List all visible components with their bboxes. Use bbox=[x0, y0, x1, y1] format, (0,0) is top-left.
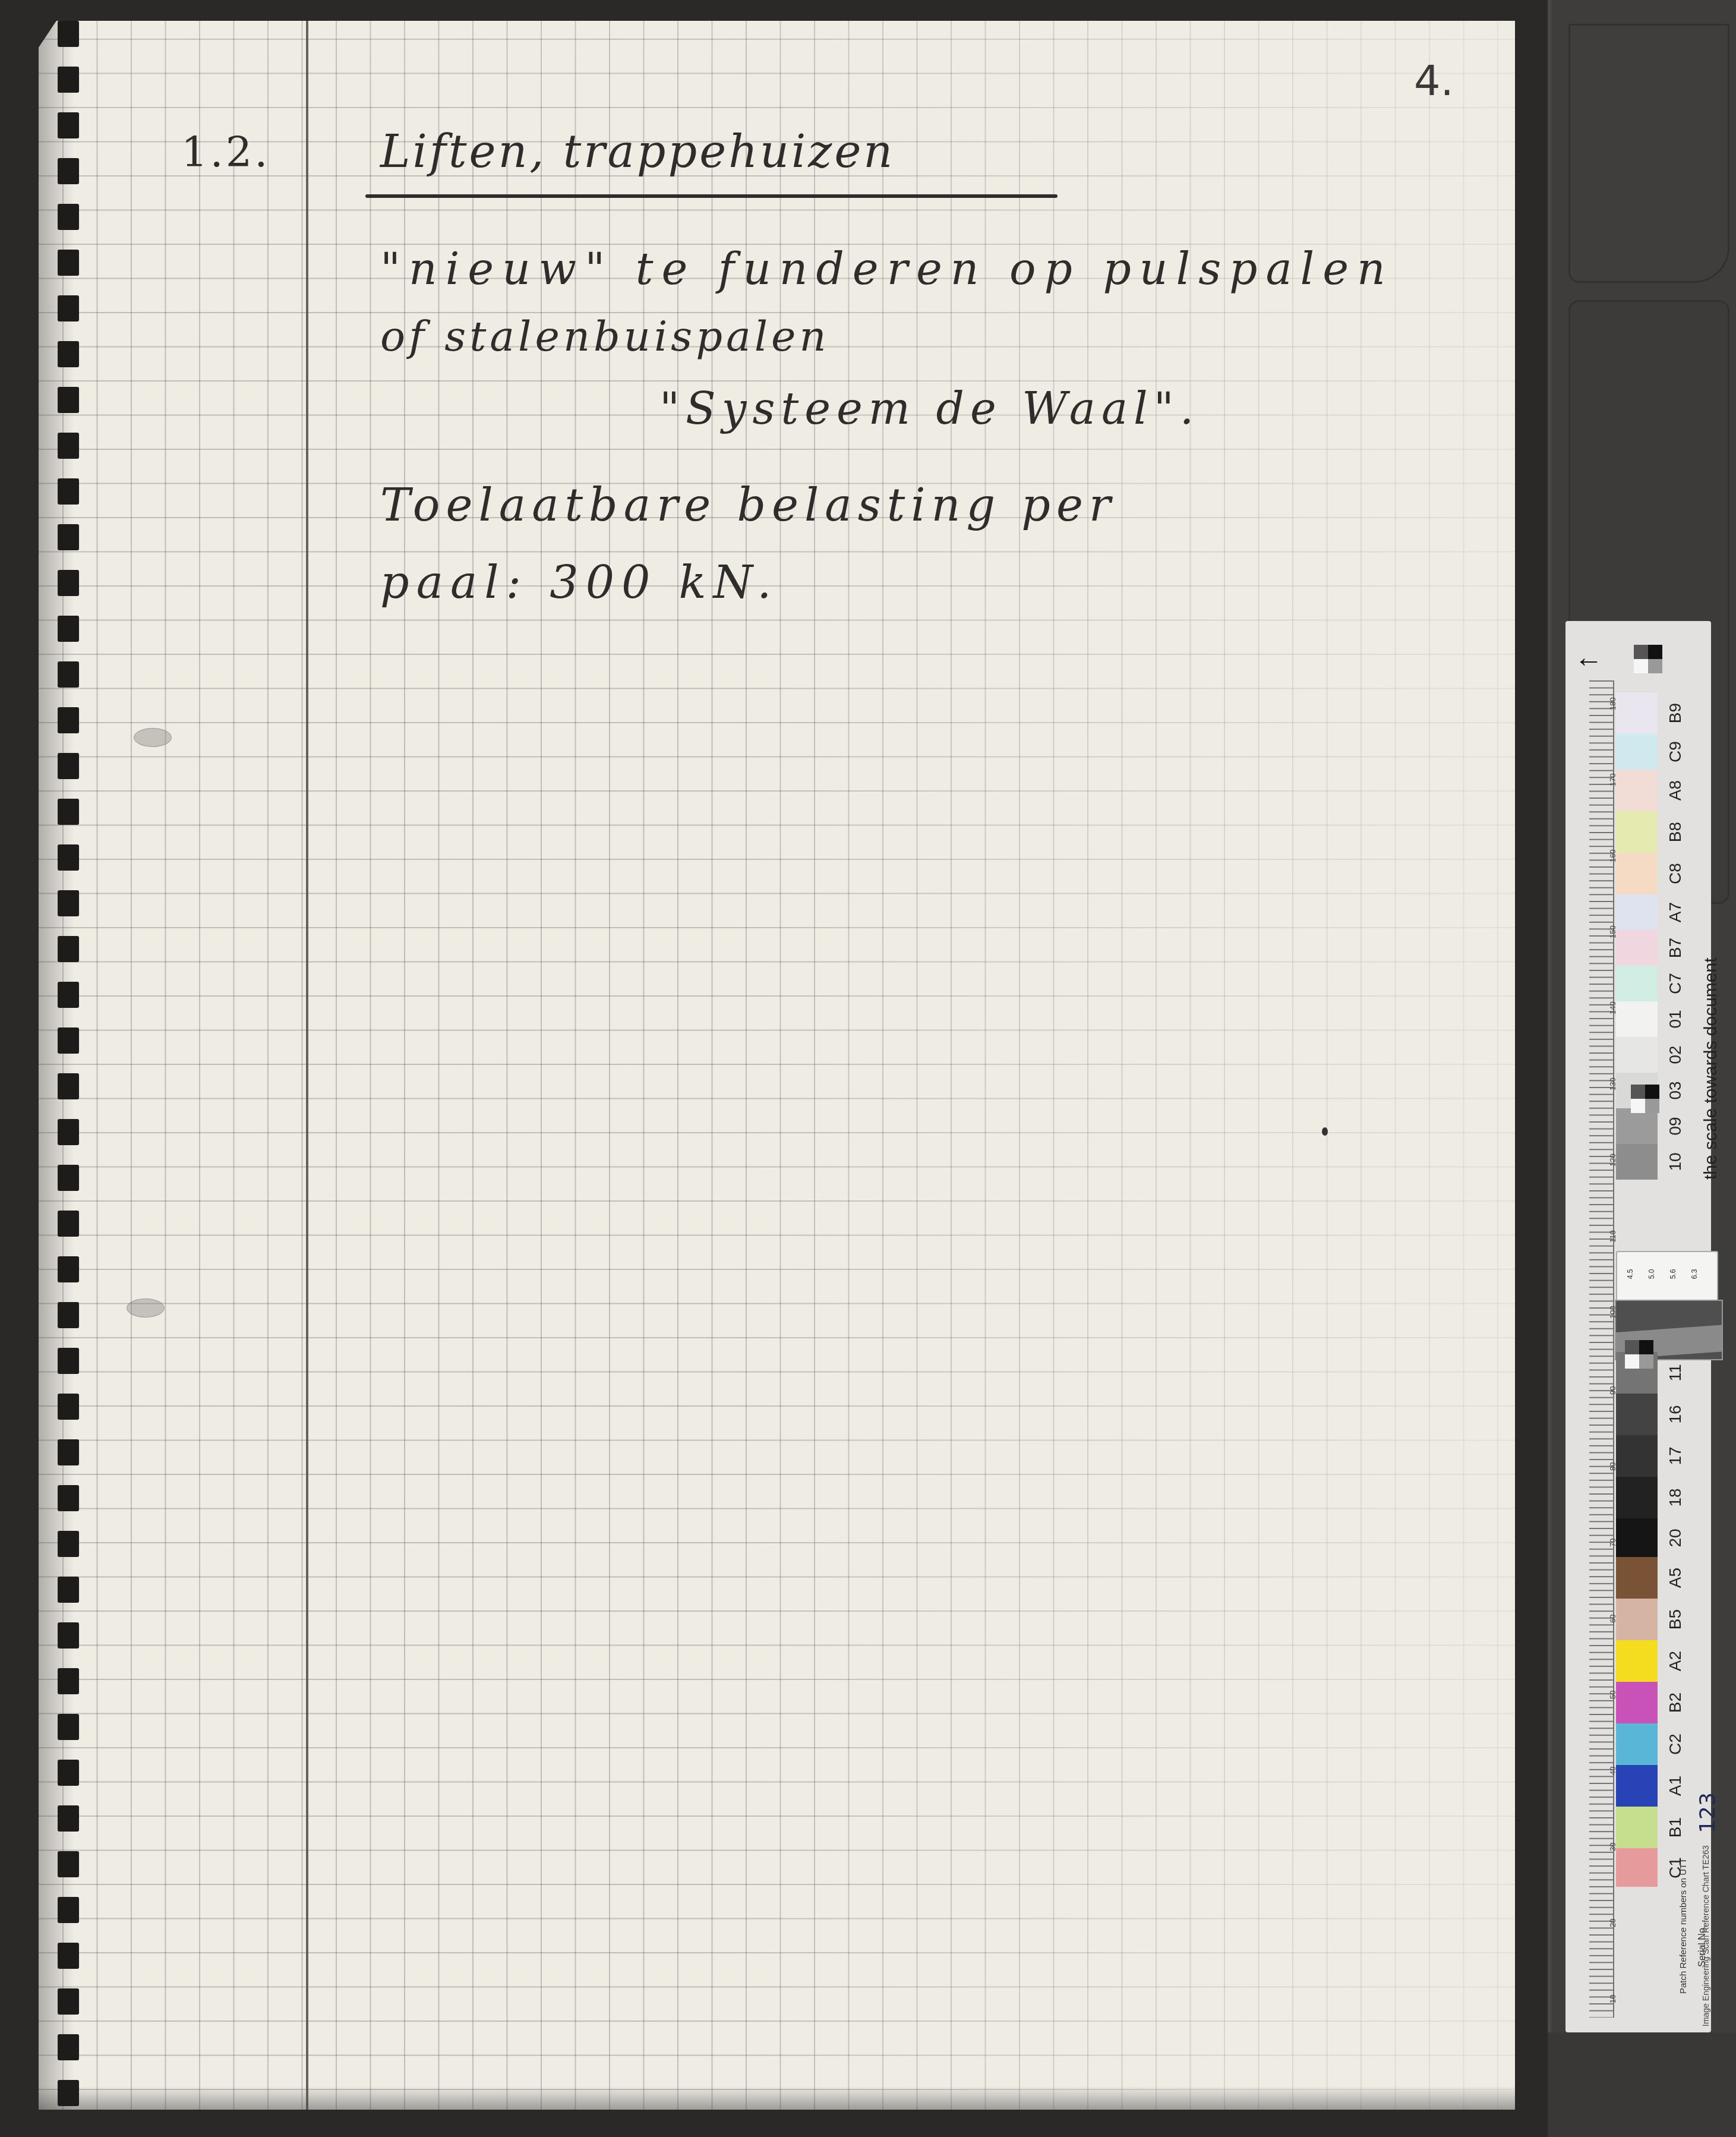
ruler-label: 70 bbox=[1608, 1539, 1617, 1547]
color-patch-c7 bbox=[1616, 966, 1658, 1001]
binding-hole bbox=[58, 1760, 79, 1786]
ruler-label: 10 bbox=[1608, 1995, 1617, 2003]
patch-label: 10 bbox=[1666, 1144, 1685, 1180]
patch-label: C8 bbox=[1666, 856, 1685, 891]
ruler-label: 140 bbox=[1608, 1001, 1617, 1014]
patch-label: 17 bbox=[1666, 1438, 1685, 1474]
binding-hole bbox=[58, 250, 79, 276]
color-patch-c2 bbox=[1616, 1723, 1658, 1765]
ruler-label: 60 bbox=[1608, 1615, 1617, 1623]
color-patch-10 bbox=[1616, 1144, 1658, 1180]
binding-hole bbox=[58, 204, 79, 230]
paper-fade bbox=[752, 21, 1515, 2110]
binding-hole bbox=[58, 295, 79, 322]
ruler-label: 30 bbox=[1608, 1843, 1617, 1851]
binding-hole bbox=[58, 1668, 79, 1694]
patch-label: A8 bbox=[1666, 773, 1685, 808]
color-patch-a1 bbox=[1616, 1765, 1658, 1807]
patch-label: 02 bbox=[1666, 1037, 1685, 1073]
ruler-label: 160 bbox=[1608, 849, 1617, 862]
mm-ruler bbox=[1589, 680, 1614, 2018]
color-patch-b8 bbox=[1616, 811, 1658, 853]
section-number: 1.2. bbox=[181, 128, 270, 176]
board-tab-top bbox=[1568, 24, 1729, 283]
binding-hole bbox=[58, 524, 79, 550]
patch-label: B9 bbox=[1666, 695, 1685, 731]
binding-hole bbox=[58, 570, 79, 596]
binding-hole bbox=[58, 341, 79, 367]
patch-label: A2 bbox=[1666, 1643, 1685, 1679]
board-foot bbox=[1548, 2032, 1736, 2137]
color-patch-17 bbox=[1616, 1435, 1658, 1477]
ruler-label: 80 bbox=[1608, 1463, 1617, 1471]
binding-hole bbox=[58, 844, 79, 871]
patch-label: B7 bbox=[1666, 930, 1685, 966]
patch-label: C1 bbox=[1666, 1850, 1685, 1886]
binding-hole bbox=[58, 1622, 79, 1649]
color-patch-a5 bbox=[1616, 1557, 1658, 1599]
color-patch-b9 bbox=[1616, 692, 1658, 734]
section-heading: Liften, trappehuizen bbox=[380, 125, 895, 178]
margin-line bbox=[306, 21, 308, 2110]
binding-hole bbox=[58, 1897, 79, 1923]
binding-hole bbox=[58, 478, 79, 505]
color-patch-c1 bbox=[1616, 1848, 1658, 1887]
binding-hole bbox=[58, 433, 79, 459]
binding-hole bbox=[58, 1027, 79, 1054]
binding-hole bbox=[58, 707, 79, 733]
binding-hole bbox=[58, 1577, 79, 1603]
gray-target bbox=[1625, 1340, 1653, 1369]
text-line-5: paal: 300 kN. bbox=[380, 556, 778, 609]
binding-hole bbox=[58, 936, 79, 962]
patch-label: 01 bbox=[1666, 1001, 1685, 1037]
color-patch-b5 bbox=[1616, 1599, 1658, 1640]
ruler-label: 130 bbox=[1608, 1077, 1617, 1090]
page-number: 4. bbox=[1414, 56, 1454, 105]
patch-label: 20 bbox=[1666, 1520, 1685, 1556]
ruler-label: 150 bbox=[1608, 925, 1617, 938]
color-patch-16 bbox=[1616, 1394, 1658, 1435]
ruler-label: 170 bbox=[1608, 773, 1617, 786]
binding-hole bbox=[58, 1348, 79, 1374]
binding-hole bbox=[58, 1485, 79, 1511]
binding-hole bbox=[58, 1714, 79, 1740]
color-patch-20 bbox=[1616, 1518, 1658, 1557]
patch-label: B5 bbox=[1666, 1602, 1685, 1637]
ruler-label: 180 bbox=[1608, 697, 1617, 710]
binding-hole bbox=[58, 1073, 79, 1099]
binding-hole bbox=[58, 799, 79, 825]
binding-hole bbox=[58, 1165, 79, 1191]
binding-hole bbox=[58, 1302, 79, 1328]
resolution-label: 4.5 bbox=[1626, 1269, 1634, 1279]
patch-label: A5 bbox=[1666, 1560, 1685, 1596]
color-patch-a2 bbox=[1616, 1640, 1658, 1682]
resolution-chart: 4.55.05.66.3 bbox=[1616, 1251, 1718, 1301]
binding-hole bbox=[58, 982, 79, 1008]
color-patch-a7 bbox=[1616, 894, 1658, 930]
color-patch-b1 bbox=[1616, 1807, 1658, 1848]
patch-label: 09 bbox=[1666, 1108, 1685, 1144]
color-patch-b7 bbox=[1616, 930, 1658, 966]
binding-hole bbox=[58, 890, 79, 916]
binding-hole bbox=[58, 1439, 79, 1465]
patch-label: 16 bbox=[1666, 1397, 1685, 1432]
patch-label: C2 bbox=[1666, 1726, 1685, 1762]
smudge-mark bbox=[134, 728, 172, 747]
binding-hole bbox=[58, 1988, 79, 2015]
binding-hole bbox=[58, 67, 79, 93]
color-patch-01 bbox=[1616, 1001, 1658, 1037]
ruler-label: 50 bbox=[1608, 1691, 1617, 1699]
ruler-label: 20 bbox=[1608, 1919, 1617, 1927]
binding-hole bbox=[58, 1851, 79, 1877]
patch-label: C7 bbox=[1666, 966, 1685, 1001]
color-patch-a8 bbox=[1616, 770, 1658, 811]
smudge-mark bbox=[127, 1298, 165, 1317]
ink-dot bbox=[1322, 1127, 1328, 1136]
binding-hole bbox=[58, 1943, 79, 1969]
binding-hole bbox=[58, 1256, 79, 1282]
color-patch-18 bbox=[1616, 1477, 1658, 1518]
ruler-label: 110 bbox=[1608, 1230, 1617, 1243]
color-patch-b2 bbox=[1616, 1682, 1658, 1723]
binding-hole bbox=[58, 1394, 79, 1420]
ruler-label: 90 bbox=[1608, 1386, 1617, 1395]
binding-hole bbox=[58, 1211, 79, 1237]
patch-label: C9 bbox=[1666, 734, 1685, 770]
color-patch-c8 bbox=[1616, 853, 1658, 894]
binding-hole bbox=[58, 2080, 79, 2106]
binding-hole bbox=[58, 2034, 79, 2060]
text-line-3: "Systeem de Waal". bbox=[659, 383, 1200, 434]
binding-holes bbox=[58, 21, 81, 2110]
patch-label: 03 bbox=[1666, 1073, 1685, 1108]
patch-label: 18 bbox=[1666, 1480, 1685, 1515]
gray-target bbox=[1631, 1085, 1659, 1113]
patch-label: B8 bbox=[1666, 814, 1685, 850]
text-line-2: of stalenbuispalen bbox=[380, 312, 830, 361]
ruler-label: 40 bbox=[1608, 1767, 1617, 1775]
gray-target bbox=[1634, 645, 1662, 673]
binding-hole bbox=[58, 158, 79, 184]
binding-hole bbox=[58, 661, 79, 688]
color-patch-02 bbox=[1616, 1037, 1658, 1073]
binding-hole bbox=[58, 1531, 79, 1557]
text-line-4: Toelaatbare belasting per bbox=[380, 478, 1116, 531]
paper-edge-bottom bbox=[39, 2086, 1515, 2110]
heading-underline bbox=[365, 194, 1058, 198]
patch-label: A1 bbox=[1666, 1768, 1685, 1804]
patch-label: B1 bbox=[1666, 1810, 1685, 1845]
strip-content: ← the scale towards document 4.55.05.66.… bbox=[1565, 621, 1711, 2032]
color-reference-strip: ← the scale towards document 4.55.05.66.… bbox=[1565, 621, 1711, 2032]
color-patch-09 bbox=[1616, 1108, 1658, 1144]
resolution-label: 6.3 bbox=[1690, 1269, 1699, 1279]
resolution-label: 5.0 bbox=[1647, 1269, 1656, 1279]
patch-label: B2 bbox=[1666, 1685, 1685, 1720]
color-patch-c9 bbox=[1616, 734, 1658, 770]
binding-hole bbox=[58, 21, 79, 47]
resolution-label: 5.6 bbox=[1669, 1269, 1677, 1279]
text-line-1: "nieuw" te funderen op pulspalen bbox=[380, 244, 1394, 295]
binding-hole bbox=[58, 112, 79, 138]
arrow-left-icon: ← bbox=[1574, 644, 1603, 672]
patch-label: 11 bbox=[1666, 1355, 1685, 1391]
strip-instruction: the scale towards document bbox=[1701, 957, 1721, 1180]
binding-hole bbox=[58, 1119, 79, 1145]
binding-hole bbox=[58, 1805, 79, 1832]
binding-hole bbox=[58, 387, 79, 413]
binding-hole bbox=[58, 753, 79, 779]
chart-footer: Image Engineering Scan Reference Chart T… bbox=[1701, 1845, 1710, 2026]
serial-number: 123 bbox=[1696, 1792, 1720, 1833]
ruler-label: 100 bbox=[1608, 1306, 1617, 1319]
patch-label: A7 bbox=[1666, 894, 1685, 930]
binding-hole bbox=[58, 616, 79, 642]
ruler-label: 120 bbox=[1608, 1153, 1617, 1167]
